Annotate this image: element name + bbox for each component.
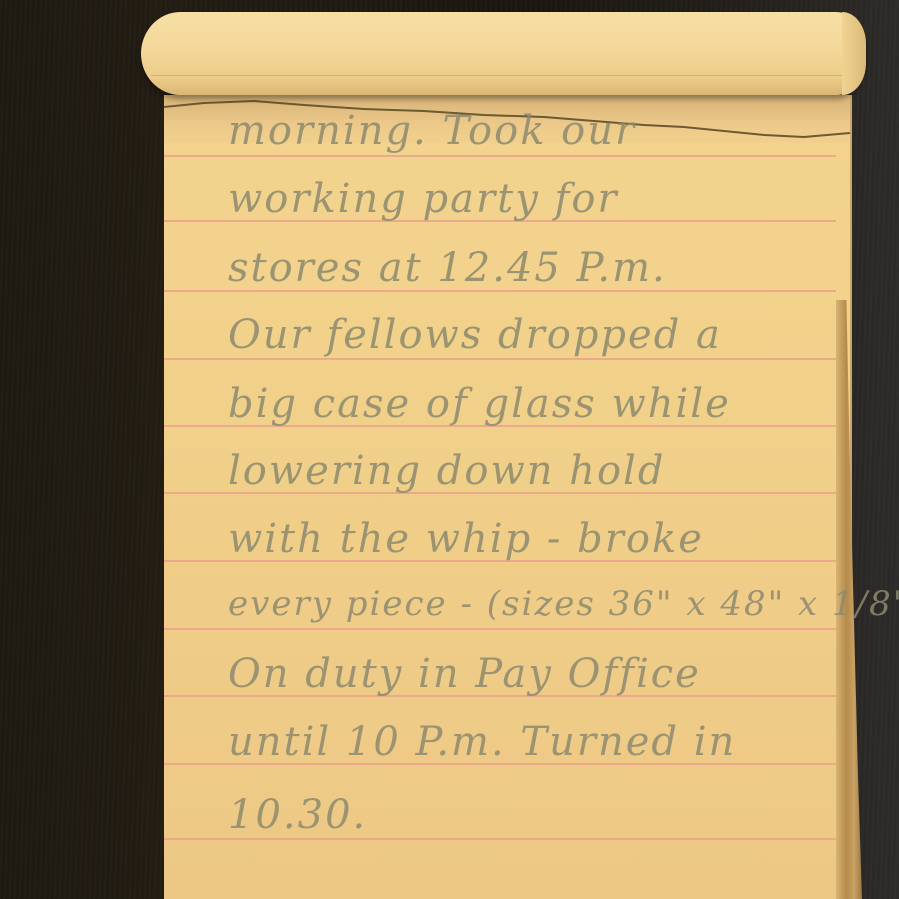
handwriting-line: lowering down hold [228, 448, 665, 494]
handwriting-line: stores at 12.45 P.m. [228, 245, 667, 291]
rule-line [164, 155, 836, 157]
rule-line [164, 838, 836, 840]
rule-line [164, 358, 836, 360]
handwriting-line: morning. Took our [228, 108, 636, 154]
rule-line [164, 628, 836, 630]
handwriting-line: big case of glass while [228, 381, 731, 427]
handwriting-line: every piece - (sizes 36" x 48" x 1/8") [228, 584, 899, 624]
rolled-page-top [141, 12, 866, 95]
handwriting-line: 10.30. [228, 792, 367, 838]
handwriting-line: On duty in Pay Office [228, 651, 701, 697]
handwriting-line: Our fellows dropped a [228, 312, 722, 358]
handwriting-line: until 10 P.m. Turned in [228, 719, 736, 765]
handwriting-line: with the whip - broke [228, 516, 704, 562]
handwriting-line: working party for [228, 176, 619, 222]
roll-rule-line [151, 75, 856, 76]
